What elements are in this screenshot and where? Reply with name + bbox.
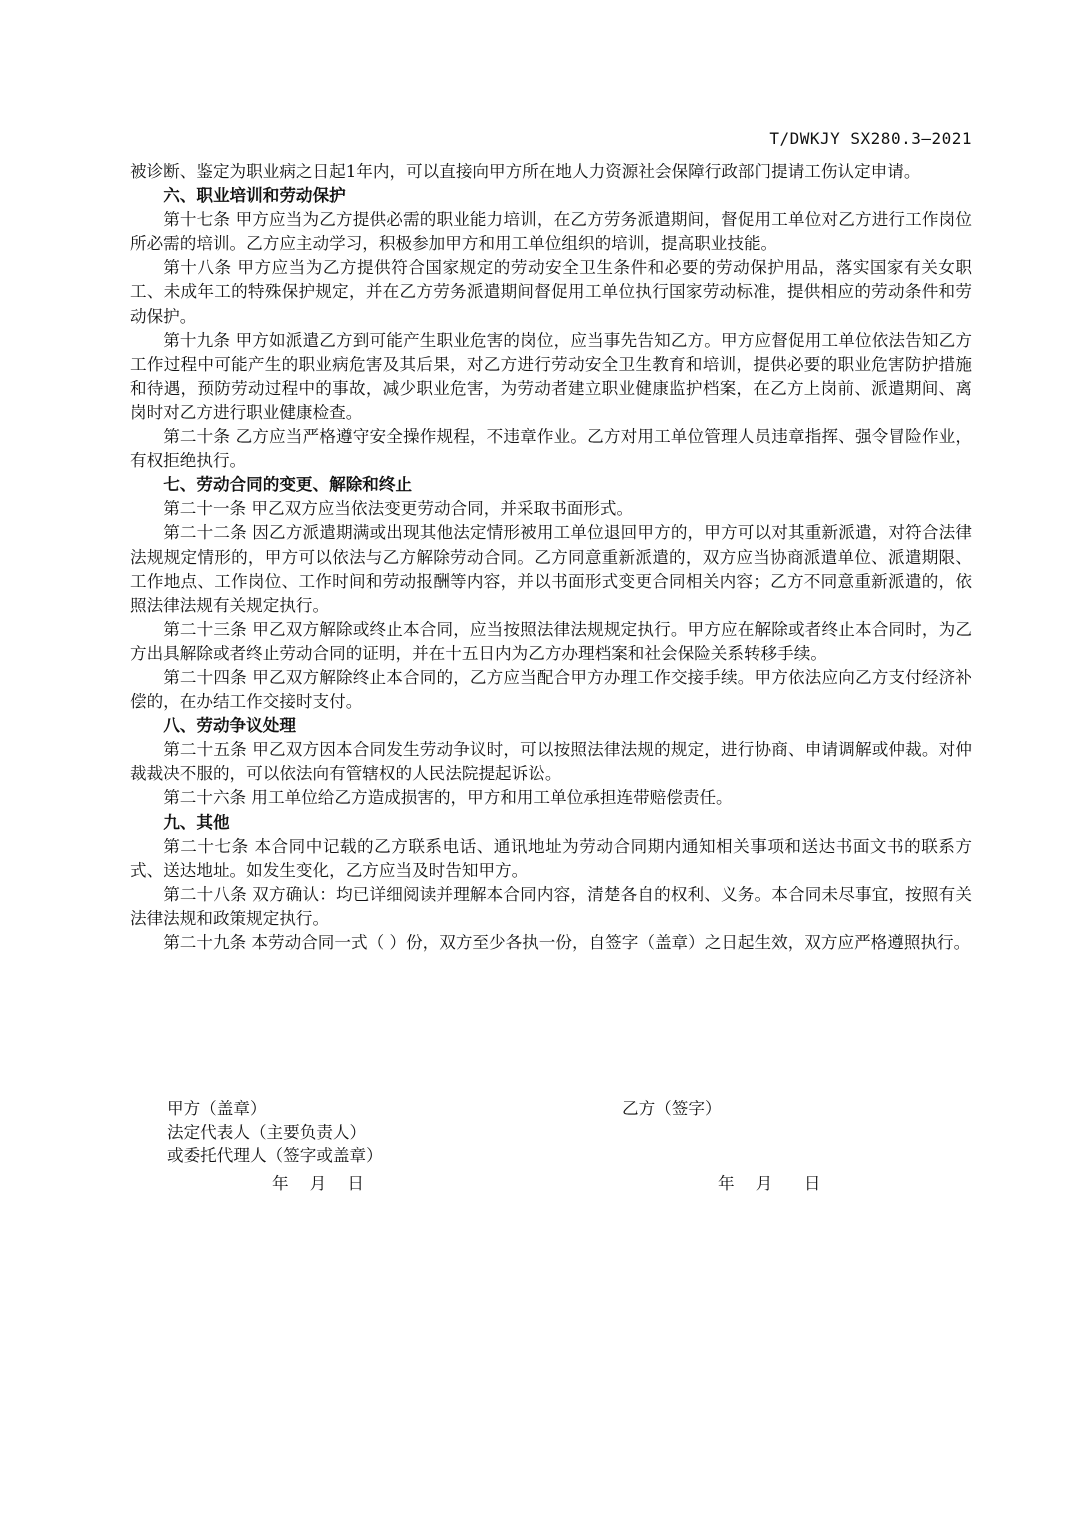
article-24: 第二十四条 甲乙双方解除终止本合同的，乙方应当配合甲方办理工作交接手续。甲方依法… [130,666,972,714]
section-heading-7: 七、劳动合同的变更、解除和终止 [130,473,972,497]
document-page: T/DWKJY SX280.3—2021 被诊断、鉴定为职业病之日起1年内，可以… [0,0,1074,1520]
party-b-date: 年 月 日 [718,1170,821,1194]
article-20: 第二十条 乙方应当严格遵守安全操作规程，不违章作业。乙方对用工单位管理人员违章指… [130,425,972,473]
party-b-signature-block: 乙方（签字） [622,1097,722,1121]
document-code: T/DWKJY SX280.3—2021 [769,129,972,148]
authorized-agent-label: 或委托代理人（签字或盖章） [167,1144,383,1168]
article-23: 第二十三条 甲乙双方解除或终止本合同，应当按照法律法规规定执行。甲方应在解除或者… [130,618,972,666]
article-25: 第二十五条 甲乙双方因本合同发生劳动争议时，可以按照法律法规的规定，进行协商、申… [130,738,972,786]
legal-representative-label: 法定代表人（主要负责人） [167,1121,383,1145]
article-19: 第十九条 甲方如派遣乙方到可能产生职业危害的岗位，应当事先告知乙方。甲方应督促用… [130,329,972,425]
document-body: 被诊断、鉴定为职业病之日起1年内，可以直接向甲方所在地人力资源社会保障行政部门提… [130,160,972,955]
paragraph: 被诊断、鉴定为职业病之日起1年内，可以直接向甲方所在地人力资源社会保障行政部门提… [130,160,972,184]
article-18: 第十八条 甲方应当为乙方提供符合国家规定的劳动安全卫生条件和必要的劳动保护用品，… [130,256,972,328]
section-heading-9: 九、其他 [130,811,972,835]
article-26: 第二十六条 用工单位给乙方造成损害的，甲方和用工单位承担连带赔偿责任。 [130,786,972,810]
article-22: 第二十二条 因乙方派遣期满或出现其他法定情形被用工单位退回甲方的，甲方可以对其重… [130,521,972,617]
party-a-seal-label: 甲方（盖章） [167,1097,383,1121]
section-heading-8: 八、劳动争议处理 [130,714,972,738]
article-17: 第十七条 甲方应当为乙方提供必需的职业能力培训，在乙方劳务派遣期间，督促用工单位… [130,208,972,256]
article-21: 第二十一条 甲乙双方应当依法变更劳动合同，并采取书面形式。 [130,497,972,521]
section-heading-6: 六、职业培训和劳动保护 [130,184,972,208]
party-b-signature-label: 乙方（签字） [622,1097,722,1121]
article-27: 第二十七条 本合同中记载的乙方联系电话、通讯地址为劳动合同期内通知相关事项和送达… [130,835,972,883]
party-a-signature-block: 甲方（盖章） 法定代表人（主要负责人） 或委托代理人（签字或盖章） [167,1097,383,1168]
article-28: 第二十八条 双方确认：均已详细阅读并理解本合同内容，清楚各自的权利、义务。本合同… [130,883,972,931]
article-29: 第二十九条 本劳动合同一式（ ）份，双方至少各执一份，自签字（盖章）之日起生效，… [130,931,972,955]
party-a-date: 年 月 日 [272,1170,364,1194]
